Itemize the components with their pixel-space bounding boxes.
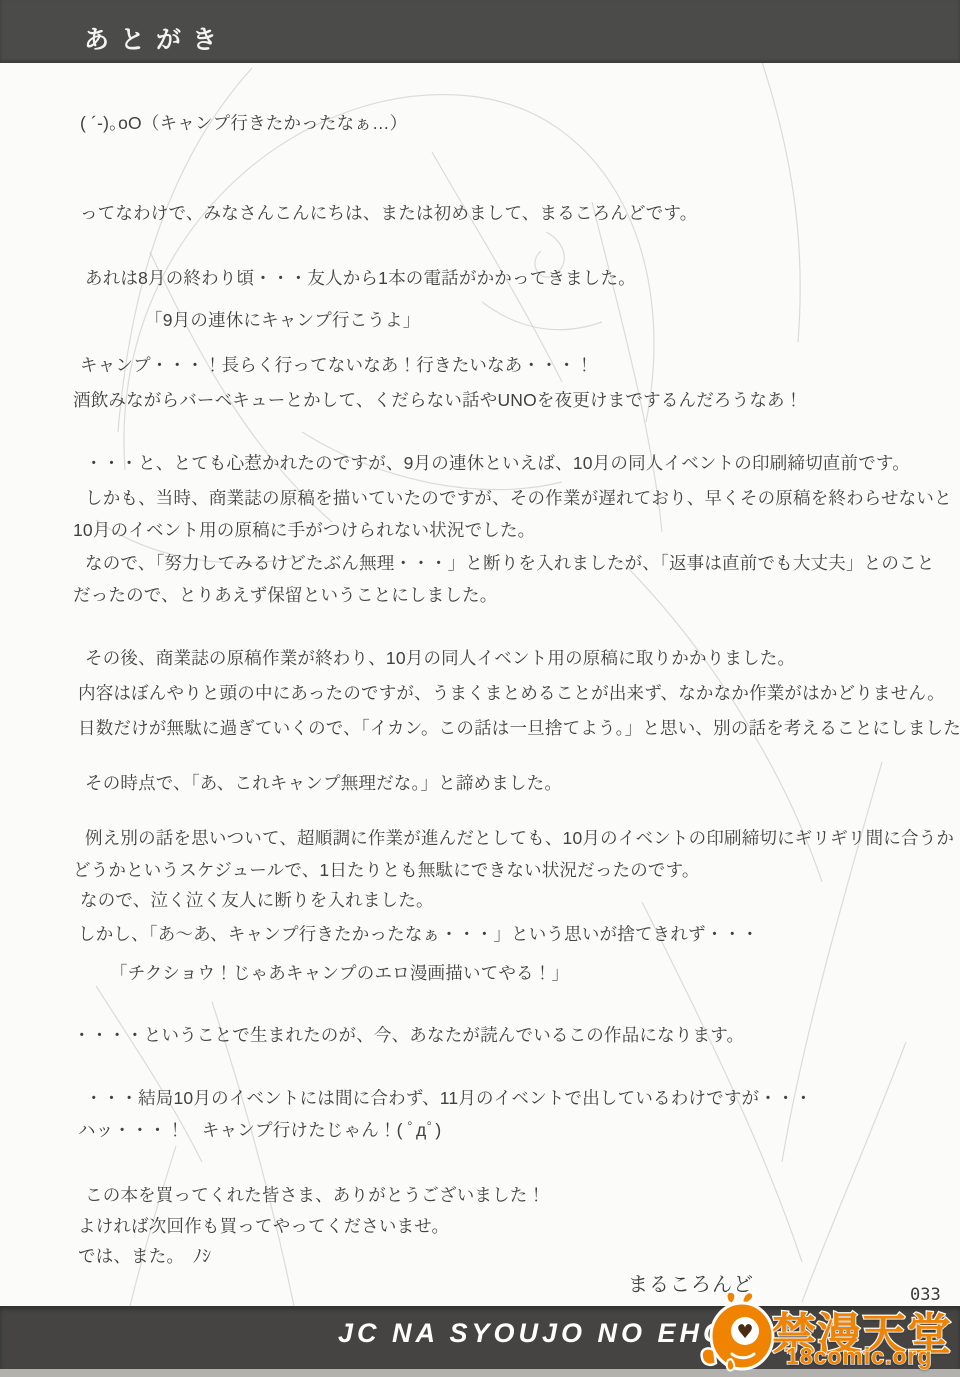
text-line: なので、「努力してみるけどたぶん無理・・・」と断りを入れましたが、「返事は直前で… [85,553,934,574]
page-title: あとがき [84,28,228,53]
text-line: なので、泣く泣く友人に断りを入れました。 [80,890,434,911]
text-line: しかも、当時、商業誌の原稿を描いていたのですが、その作業が遅れており、早くその原… [85,488,952,509]
svg-text:♥: ♥ [736,1321,753,1343]
watermark-domain-text: 18comic.org [786,1343,933,1370]
text-line: 「9月の連休にキャンプ行こうよ」 [145,310,420,331]
text-line: 10月のイベント用の原稿に手がつけられない状況でした。 [73,520,535,541]
text-line: その後、商業誌の原稿作業が終わり、10月の同人イベント用の原稿に取りかかりました… [85,648,795,669]
mascot-icon: ♥ [698,1288,778,1377]
text-line: キャンプ・・・！長らく行ってないなあ！行きたいなあ・・・！ [80,355,593,376]
text-line: よければ次回作も買ってやってくださいませ。 [78,1216,449,1237]
afterword-page: あとがき ( ´-)｡oO（キャンプ行きたかったなぁ…） ってなわけで、みなさん… [0,0,960,1377]
text-line: 「チクショウ！じゃあキャンプのエロ漫画描いてやる！」 [110,963,569,984]
text-line: あれは8月の終わり頃・・・友人から1本の電話がかかってきました。 [85,268,636,289]
text-line: どうかというスケジュールで、1日たりとも無駄にできない状況だったのです。 [73,860,700,881]
text-line: ・・・と、とても心惹かれたのですが、9月の連休といえば、10月の同人イベントの印… [85,453,910,474]
text-line: ハッ・・・！ キャンプ行けたじゃん！( ﾟдﾟ) [78,1120,441,1141]
text-line: 酒飲みながらバーベキューとかして、くだらない話やUNOを夜更けまでするんだろうな… [73,390,802,411]
text-line: 日数だけが無駄に過ぎていくので、「イカン。この話は一旦捨てよう。」と思い、別の話… [78,718,960,739]
text-line: ・・・結局10月のイベントには間に合わず、11月のイベントで出しているわけですが… [85,1088,812,1109]
text-line: ・・・・ということで生まれたのが、今、あなたが読んでいるこの作品になります。 [73,1025,744,1046]
text-line: この本を買ってくれた皆さま、ありがとうございました！ [85,1185,545,1206]
header-bar: あとがき [0,0,960,63]
text-line: ってなわけで、みなさんこんにちは、または初めまして、まるころんどです。 [80,203,697,224]
text-line: では、また。 ﾉｼ [78,1246,211,1267]
text-line: 内容はぼんやりと頭の中にあったのですが、うまくまとめることが出来ず、なかなか作業… [78,683,945,704]
text-line: しかし、「あ～あ、キャンプ行きたかったなぁ・・・」という思いが捨てきれず・・・ [78,924,759,945]
watermark: ♥ 禁漫天堂 18comic.org [690,1284,958,1377]
text-line: ( ´-)｡oO（キャンプ行きたかったなぁ…） [80,113,407,134]
text-line: 例え別の話を思いついて、超順調に作業が進んだとしても、10月のイベントの印刷締切… [85,828,954,849]
text-line: だったので、とりあえず保留ということにしました。 [73,585,497,606]
text-line: その時点で、「あ、これキャンプ無理だな。」と諦めました。 [85,773,562,794]
